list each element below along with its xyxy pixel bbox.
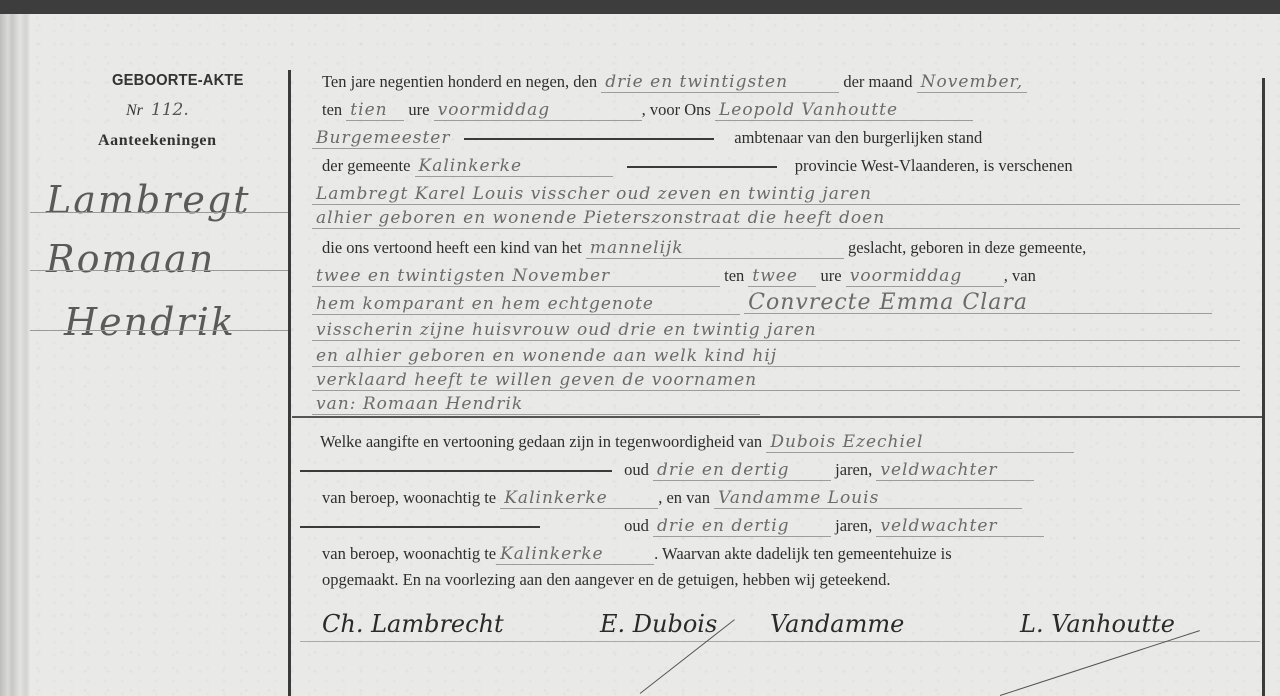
child-sex: mannelijk bbox=[586, 238, 844, 259]
right-border bbox=[1262, 78, 1265, 696]
annotations-heading: Aanteekeningen bbox=[98, 132, 217, 150]
page-binding-edge bbox=[0, 14, 30, 696]
certificate-number: Nr112. bbox=[126, 100, 189, 120]
left-column-divider bbox=[288, 70, 291, 696]
mother-name: Convrecte Emma Clara bbox=[744, 293, 1212, 314]
document-title: GEBOORTE-AKTE bbox=[112, 72, 244, 90]
line-5: Lambregt Karel Louis visscher oud zeven … bbox=[312, 182, 1235, 206]
margin-rule bbox=[30, 330, 288, 331]
line-1: Ten jare negentien honderd en negen, den… bbox=[322, 70, 1235, 94]
section-divider bbox=[292, 416, 1262, 418]
margin-surname: Lambregt bbox=[46, 178, 251, 222]
line-3: Burgemeester ambtenaar van den burgerlij… bbox=[312, 126, 1235, 150]
margin-rule bbox=[30, 270, 288, 271]
line-18: van beroep, woonachtig teKalinkerke. Waa… bbox=[322, 542, 1235, 566]
municipality: Kalinkerke bbox=[415, 156, 613, 177]
line-4: der gemeente Kalinkerke provincie West-V… bbox=[322, 154, 1235, 178]
signature-witness-2: Vandamme bbox=[770, 610, 904, 638]
margin-firstname: Romaan bbox=[46, 237, 215, 281]
line-10: visscherin zijne huisvrouw oud drie en t… bbox=[312, 318, 1235, 342]
line-8: twee en twintigsten November ten twee ur… bbox=[312, 264, 1235, 288]
witness-2-name: Vandamme Louis bbox=[714, 488, 1022, 509]
signature-registrar: L. Vanhoutte bbox=[1020, 610, 1175, 638]
line-9: hem komparant en hem echtgenote Convrect… bbox=[312, 292, 1235, 316]
birth-date: twee en twintigsten November bbox=[312, 266, 720, 287]
number-value: 112. bbox=[151, 100, 189, 120]
declarant: Lambregt Karel Louis visscher oud zeven … bbox=[312, 184, 1240, 205]
signature-declarant: Ch. Lambrecht bbox=[322, 610, 504, 638]
line-2: ten tien ure voormiddag, voor Ons Leopol… bbox=[322, 98, 1235, 122]
registrar-name: Leopold Vanhoutte bbox=[715, 100, 973, 121]
date-month: November, bbox=[917, 72, 1028, 93]
line-19: opgemaakt. En na voorlezing aan den aang… bbox=[322, 568, 1235, 592]
margin-middlename: Hendrik bbox=[64, 300, 236, 344]
witness-1-name: Dubois Ezechiel bbox=[766, 432, 1074, 453]
child-given-names: van: Romaan Hendrik bbox=[312, 394, 760, 415]
line-11: en alhier geboren en wonende aan welk ki… bbox=[312, 344, 1235, 368]
number-label: Nr bbox=[126, 102, 143, 119]
line-7: die ons vertoond heeft een kind van het … bbox=[322, 236, 1235, 260]
line-16: van beroep, woonachtig te Kalinkerke, en… bbox=[322, 486, 1235, 510]
margin-rule bbox=[30, 212, 288, 213]
line-12: verklaard heeft te willen geven de voorn… bbox=[312, 368, 1235, 392]
signature-rule bbox=[300, 641, 1260, 642]
line-15: oud drie en dertig jaren, veldwachter bbox=[300, 458, 1235, 482]
line-6: alhier geboren en wonende Pieterszonstra… bbox=[312, 206, 1235, 230]
line-14: Welke aangifte en vertooning gedaan zijn… bbox=[320, 430, 1235, 454]
signature-witness-1: E. Dubois bbox=[600, 610, 717, 638]
date-day: drie en twintigsten bbox=[601, 72, 839, 93]
line-13: van: Romaan Hendrik bbox=[312, 392, 1235, 416]
line-17: oud drie en dertig jaren, veldwachter bbox=[300, 514, 1235, 538]
